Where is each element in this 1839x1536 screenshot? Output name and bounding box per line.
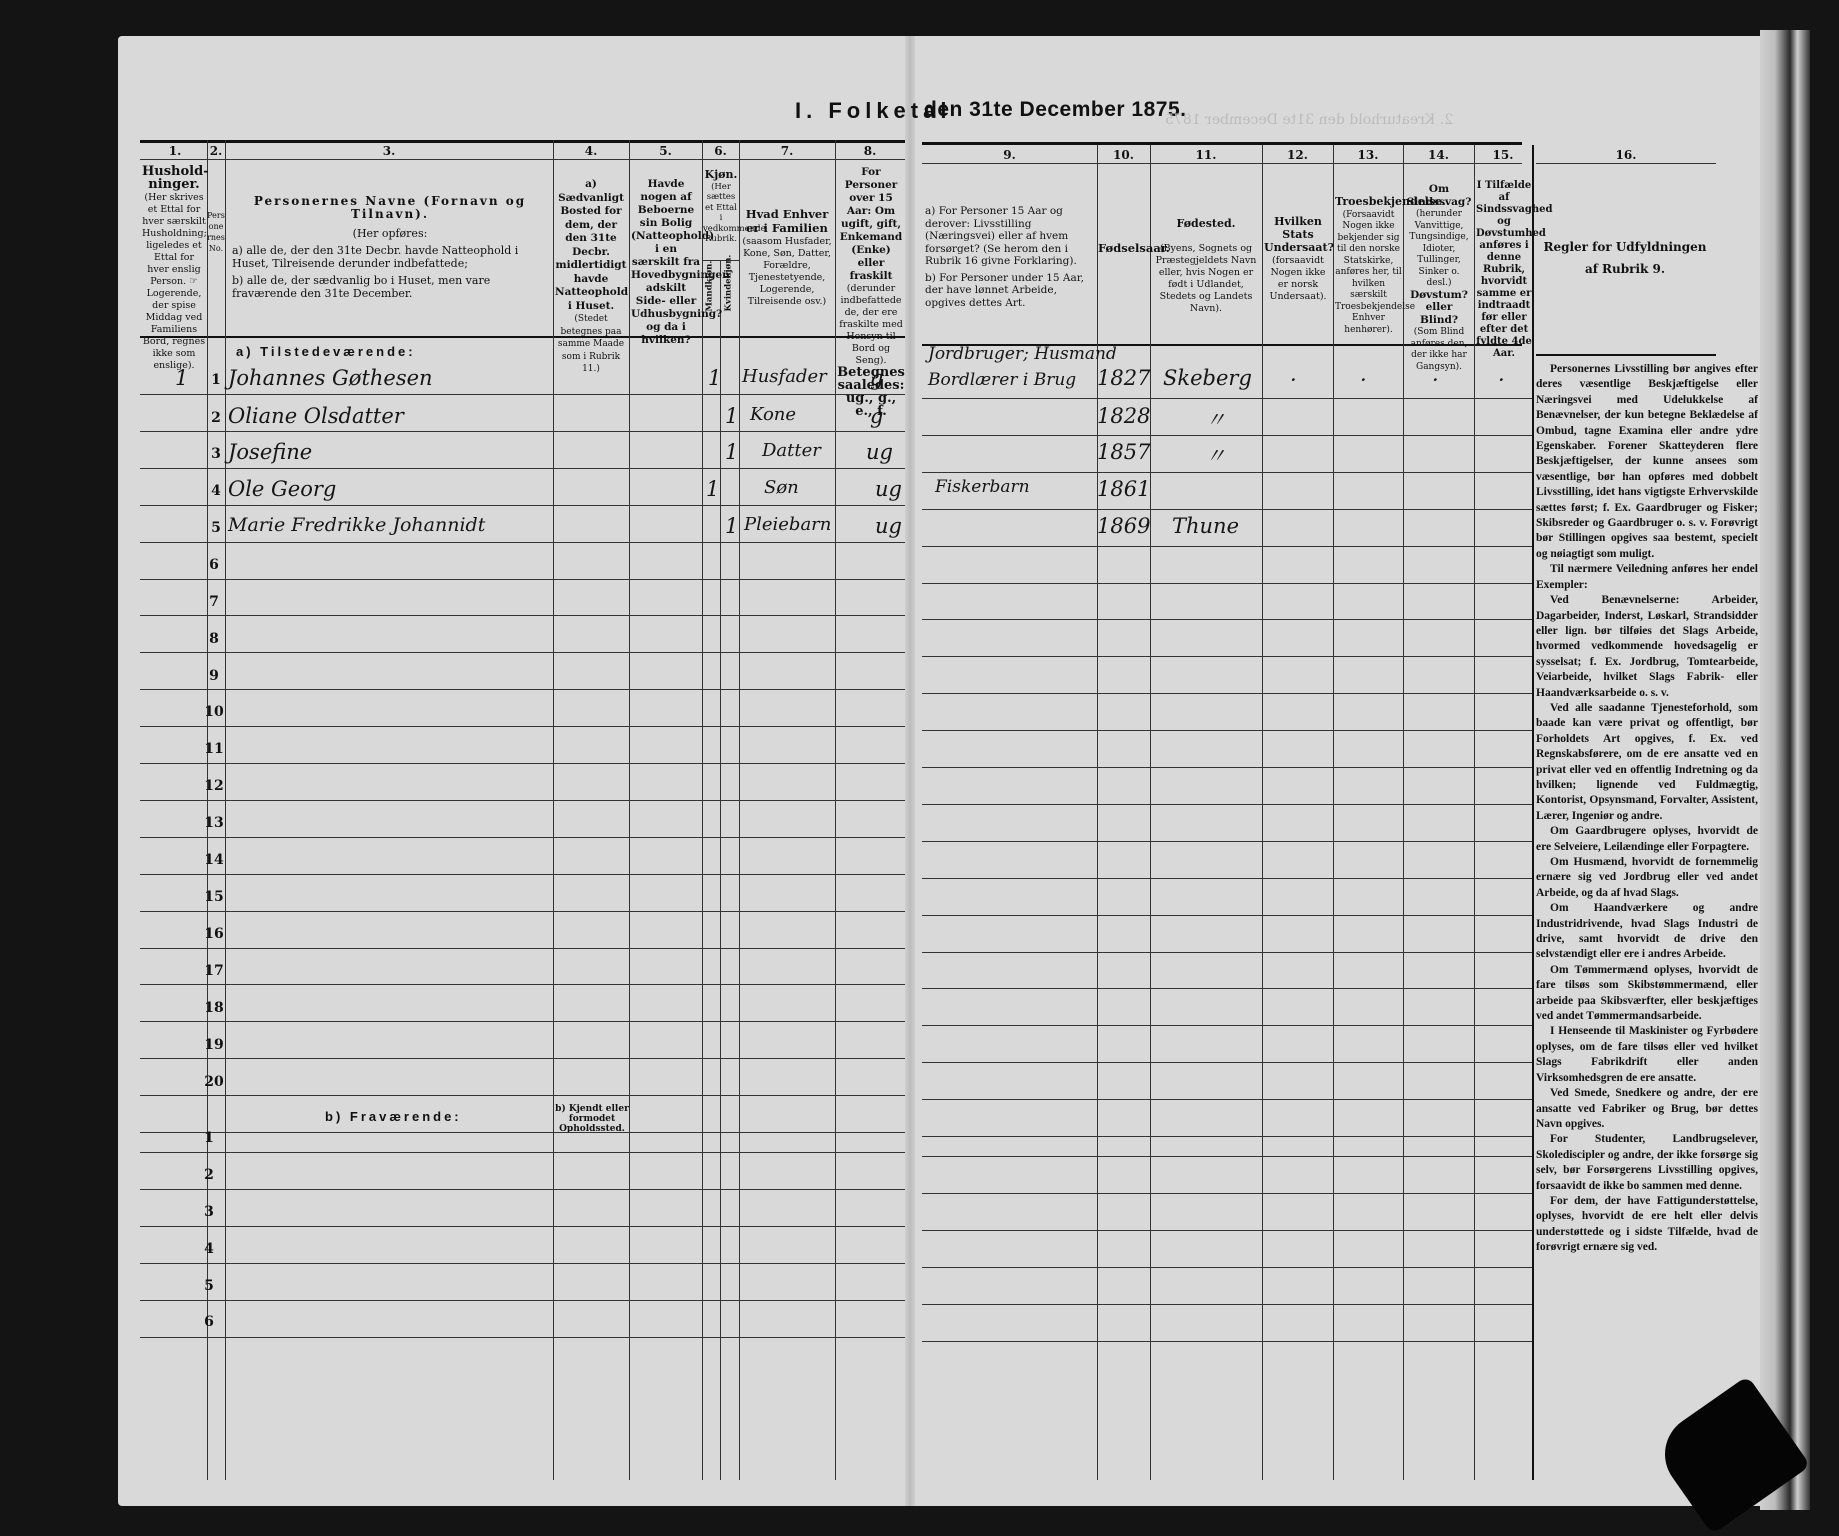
birth-year[interactable]: 1861: [1097, 477, 1150, 501]
row-rule: [922, 952, 1532, 953]
birthplace[interactable]: Thune: [1172, 514, 1239, 538]
col-num-13: 13.: [1333, 148, 1403, 162]
row-number: 2: [198, 1167, 220, 1183]
col1-title: Hushold-ninger.: [142, 164, 209, 192]
col16-header-bottom: [1536, 354, 1716, 356]
col-line: [225, 140, 226, 1480]
col12-title: Hvilken Stats Undersaat?: [1264, 215, 1334, 254]
row-rule: [922, 1193, 1532, 1194]
row-number: 6: [198, 1314, 220, 1330]
row-rule: [922, 804, 1532, 805]
col4-note: (Stedet betegnes paa samme Maade som i R…: [558, 314, 624, 374]
row-number: 16: [203, 926, 225, 942]
col-num-3: 3.: [225, 144, 553, 158]
col9-note-b: b) For Personer under 15 Aar, der have l…: [925, 272, 1095, 310]
row-rule: [140, 431, 905, 432]
marital-status[interactable]: g: [870, 366, 883, 390]
title-right: den 31te December 1875.: [924, 98, 1186, 122]
person-name[interactable]: Johannes Gøthesen: [228, 366, 433, 390]
col1-note: (Her skrives et Ettal for hver særskilt …: [142, 192, 207, 371]
row-number: 3: [205, 446, 227, 462]
row-rule: [140, 763, 905, 764]
col6-title: Kjøn.: [705, 168, 738, 181]
row-rule: [922, 878, 1532, 879]
sex-male-mark: 1: [706, 477, 719, 501]
household-mark: 1: [175, 366, 188, 390]
col7-header: Hvad Enhver er i Familien (saasom Husfad…: [741, 208, 833, 308]
row-rule: [140, 1337, 905, 1338]
row-rule: [140, 542, 905, 543]
family-role[interactable]: Pleiebarn: [744, 514, 831, 535]
col-num-15: 15.: [1474, 148, 1532, 162]
row-rule: [140, 689, 905, 690]
row-number: 2: [205, 410, 227, 426]
col6-female-label: Kvindekjøn.: [723, 282, 736, 312]
col-num-5: 5.: [629, 144, 702, 158]
col14-title2: Døvstum? eller Blind?: [1410, 289, 1468, 326]
col-line: [1474, 145, 1475, 1480]
col-num-1: 1.: [150, 144, 200, 158]
col-num-12: 12.: [1262, 148, 1333, 162]
present-section-label: a) Tilstedeværende:: [236, 344, 416, 359]
rules-paragraph: Om Gaardbrugere oplyses, hvorvidt de ere…: [1536, 824, 1758, 855]
row-number: 5: [198, 1278, 220, 1294]
person-name[interactable]: Ole Georg: [228, 477, 336, 501]
row-rule: [140, 615, 905, 616]
row-number: 18: [203, 1000, 225, 1016]
person-name[interactable]: Oliane Olsdatter: [228, 404, 404, 428]
row-number: 1: [198, 1130, 220, 1146]
row-rule: [922, 1304, 1532, 1305]
row-rule: [922, 988, 1532, 989]
row-number: 8: [203, 631, 225, 647]
col-line: [720, 260, 721, 1480]
col-line: [1150, 145, 1151, 1480]
col7-note: (saasom Husfader, Kone, Søn, Datter, For…: [742, 236, 831, 307]
birthplace[interactable]: 〃: [1205, 404, 1226, 434]
row-rule: [140, 1189, 905, 1190]
row-rule: [140, 911, 905, 912]
rules-paragraph: Til nærmere Veiledning anføres her endel…: [1536, 562, 1758, 593]
rules-paragraph: Ved Smede, Snedkere og andre, der ere an…: [1536, 1086, 1758, 1132]
col-line: [702, 140, 703, 1480]
col6-header: Kjøn. (Her sættes et Ettal i vedkommende…: [703, 170, 739, 245]
row-number: 3: [198, 1204, 220, 1220]
col15-mark: ·: [1498, 368, 1505, 392]
col14-note2: (Som Blind anføres den, der ikke har Gan…: [1411, 327, 1468, 372]
row-rule: [922, 1156, 1532, 1157]
row-rule: [140, 1300, 905, 1301]
row-rule: [140, 505, 905, 506]
row-rule: [922, 1099, 1532, 1100]
row-number: 13: [203, 815, 225, 831]
row-rule: [140, 1132, 905, 1133]
col9-note-a: a) For Personer 15 Aar og derover: Livss…: [925, 205, 1095, 268]
row-rule: [140, 874, 905, 875]
colnum-rule-right: [922, 163, 1522, 164]
col3-note-intro: (Her opføres:: [232, 227, 548, 240]
col14-mark: ·: [1432, 368, 1439, 392]
col-num-14: 14.: [1403, 148, 1474, 162]
col-line: [1532, 145, 1534, 1480]
row-rule: [140, 1058, 905, 1059]
row-number: 19: [203, 1037, 225, 1053]
row-rule: [140, 1021, 905, 1022]
row-number: 14: [203, 852, 225, 868]
occupation-a[interactable]: Jordbruger; Husmand: [928, 344, 1117, 364]
col14-note: (herunder Vanvittige, Tungsindige, Idiot…: [1409, 209, 1468, 288]
col2-header: Personernes No.: [207, 210, 225, 254]
birth-year[interactable]: 1828: [1097, 404, 1150, 428]
col11-header: Fødested. (Byens, Sognets og Præstegjeld…: [1152, 218, 1260, 315]
row-rule: [922, 1341, 1532, 1342]
marital-status[interactable]: g: [870, 404, 883, 428]
rules-paragraph: Ved alle saadanne Tjenesteforhold, som b…: [1536, 701, 1758, 824]
row-rule: [922, 1267, 1532, 1268]
row-number: 6: [203, 557, 225, 573]
row-number: 7: [203, 594, 225, 610]
rules-paragraph: I Henseende til Maskinister og Fyrbødere…: [1536, 1024, 1758, 1086]
row-rule: [140, 948, 905, 949]
col16-header: Regler for Udfyldningen af Rubrik 9.: [1540, 236, 1710, 280]
row-rule: [922, 656, 1532, 657]
col-num-6: 6.: [702, 144, 739, 158]
row-rule: [922, 583, 1532, 584]
row-number: 10: [203, 704, 225, 720]
row-number: 4: [198, 1241, 220, 1257]
family-role[interactable]: Husfader: [742, 366, 827, 387]
row-rule: [922, 546, 1532, 547]
sex-male-mark: 1: [708, 366, 721, 390]
col-line: [739, 140, 740, 1480]
marital-status[interactable]: ug: [875, 514, 902, 538]
row-number: 11: [203, 741, 225, 757]
row-number: 20: [203, 1074, 225, 1090]
row-rule: [922, 730, 1532, 731]
absent-col4-label: b) Kjendt eller formodet Opholdssted.: [555, 1104, 629, 1134]
rubrik-9-rules: Personernes Livsstilling bør angives eft…: [1536, 362, 1758, 1256]
colnum-rule-left: [140, 159, 905, 160]
row-number: 5: [205, 520, 227, 536]
rules-paragraph: Om Husmænd, hvorvidt de fornemmelig ernæ…: [1536, 855, 1758, 901]
rules-paragraph: For dem, der have Fattigunderstøttelse, …: [1536, 1194, 1758, 1256]
row-number: 1: [205, 372, 227, 388]
birth-year[interactable]: 1827: [1097, 366, 1150, 390]
rules-paragraph: Om Tømmermænd oplyses, hvorvidt de fare …: [1536, 963, 1758, 1025]
col-num-8: 8.: [835, 144, 905, 158]
row-rule: [140, 800, 905, 801]
row-rule: [922, 915, 1532, 916]
col-num-16: 16.: [1536, 148, 1716, 162]
col1-header: Hushold-ninger. (Her skrives et Ettal fo…: [142, 166, 206, 372]
col3-note-a: a) alle de, der den 31te Decbr. havde Na…: [232, 244, 548, 270]
col10-header: Fødselsaar.: [1098, 238, 1150, 258]
row-number: 4: [205, 483, 227, 499]
col-num-9: 9.: [922, 148, 1097, 162]
row-rule: [922, 1136, 1532, 1137]
col12-note: (forsaavidt Nogen ikke er norsk Undersaa…: [1269, 255, 1326, 302]
row-rule: [922, 509, 1532, 510]
row-rule: [140, 394, 905, 395]
row-rule: [922, 398, 1532, 399]
row-rule: [140, 1095, 905, 1096]
col14-title: Om Sindssvag?: [1407, 183, 1472, 208]
col4-title: a) Sædvanligt Bosted for dem, der den 31…: [555, 178, 628, 312]
col4-header: a) Sædvanligt Bosted for dem, der den 31…: [555, 178, 627, 376]
row-rule: [140, 1263, 905, 1264]
col13-header: Troesbekjendelse. (Forsaavidt Nogen ikke…: [1335, 196, 1402, 336]
row-rule: [922, 841, 1532, 842]
row-rule: [922, 693, 1532, 694]
book-spine: [905, 36, 915, 1506]
col3-note-b: b) alle de, der sædvanlig bo i Huset, me…: [232, 274, 548, 300]
row-rule: [922, 1230, 1532, 1231]
col-num-7: 7.: [739, 144, 835, 158]
col-num-10: 10.: [1097, 148, 1150, 162]
marital-status[interactable]: ug: [866, 440, 893, 464]
sex-female-mark: 1: [725, 514, 738, 538]
row-rule: [140, 837, 905, 838]
marital-status[interactable]: ug: [875, 477, 902, 501]
occupation-a[interactable]: Fiskerbarn: [935, 477, 1030, 497]
row-rule: [922, 619, 1532, 620]
col3-title: Personernes Navne (Fornavn og Tilnavn).: [232, 195, 548, 221]
family-role[interactable]: Datter: [762, 440, 821, 461]
col-num-4: 4.: [553, 144, 629, 158]
col-line: [553, 140, 554, 1480]
col-line: [1403, 145, 1404, 1480]
row-rule: [140, 1152, 905, 1153]
top-rule-left: [140, 140, 905, 143]
row-rule: [922, 1025, 1532, 1026]
col-line: [1262, 145, 1263, 1480]
col12-mark: ·: [1290, 368, 1297, 392]
col6-male-label: Mandkjøn.: [704, 282, 717, 312]
row-rule: [140, 652, 905, 653]
family-role[interactable]: Kone: [750, 404, 796, 425]
rules-paragraph: For Studenter, Landbrugselever, Skoledis…: [1536, 1132, 1758, 1194]
top-rule-right: [922, 142, 1522, 145]
col13-mark: ·: [1360, 368, 1367, 392]
birth-year[interactable]: 1857: [1097, 440, 1150, 464]
rules-paragraph: Personernes Livsstilling bør angives eft…: [1536, 362, 1758, 562]
person-name[interactable]: Josefine: [228, 440, 312, 464]
row-number: 17: [203, 963, 225, 979]
row-number: 9: [203, 668, 225, 684]
row-number: 12: [203, 778, 225, 794]
row-rule: [140, 468, 905, 469]
row-rule: [140, 1226, 905, 1227]
person-name[interactable]: Marie Fredrikke Johannidt: [228, 514, 485, 536]
col11-note: (Byens, Sognets og Præstegjeldets Navn e…: [1156, 243, 1257, 314]
col-num-11: 11.: [1150, 148, 1262, 162]
col7-title: Hvad Enhver er i Familien: [746, 207, 829, 235]
row-rule: [922, 435, 1532, 436]
header-bottom-left: [140, 336, 905, 338]
bleed-through-text: 2. Kreaturhold den 31te December 1875: [1165, 112, 1453, 128]
row-number: 15: [203, 889, 225, 905]
absent-section-label: b) Fraværende:: [325, 1109, 462, 1124]
col-line: [1333, 145, 1334, 1480]
birth-year[interactable]: 1869: [1097, 514, 1150, 538]
col15-header: I Tilfælde af Sindssvaghed og Døvstumhed…: [1476, 180, 1532, 360]
col12-header: Hvilken Stats Undersaat? (forsaavidt Nog…: [1264, 216, 1332, 303]
col9-header: a) For Personer 15 Aar og derover: Livss…: [925, 205, 1095, 309]
row-rule: [140, 726, 905, 727]
page-edges: [1760, 30, 1810, 1510]
row-rule: [922, 1062, 1532, 1063]
rules-paragraph: Om Haandværkere og andre Industridrivend…: [1536, 901, 1758, 963]
sex-female-mark: 1: [725, 404, 738, 428]
col-line: [835, 140, 836, 1480]
col16-num-rule: [1536, 163, 1716, 164]
occupation-b[interactable]: Bordlærer i Brug: [928, 370, 1076, 390]
col8-title: For Personer over 15 Aar: Om ugift, gift…: [840, 166, 902, 282]
row-rule: [140, 579, 905, 580]
col-line: [629, 140, 630, 1480]
row-rule: [922, 472, 1532, 473]
birthplace[interactable]: Skeberg: [1163, 366, 1252, 390]
col14-header: Om Sindssvag? (herunder Vanvittige, Tung…: [1405, 184, 1473, 373]
family-role[interactable]: Søn: [764, 477, 799, 498]
col3-header: Personernes Navne (Fornavn og Tilnavn). …: [232, 195, 548, 300]
row-rule: [140, 984, 905, 985]
col8-note: (derunder indbefattede de, der ere frask…: [839, 283, 903, 366]
col-num-2: 2.: [207, 144, 225, 158]
col5-header: Havde nogen af Beboerne sin Bolig (Natte…: [631, 178, 701, 347]
rules-paragraph: Ved Benævnelserne: Arbeider, Dagarbeider…: [1536, 593, 1758, 701]
sex-female-mark: 1: [725, 440, 738, 464]
col11-title: Fødested.: [1176, 217, 1235, 230]
row-rule: [922, 767, 1532, 768]
birthplace[interactable]: 〃: [1205, 440, 1226, 470]
